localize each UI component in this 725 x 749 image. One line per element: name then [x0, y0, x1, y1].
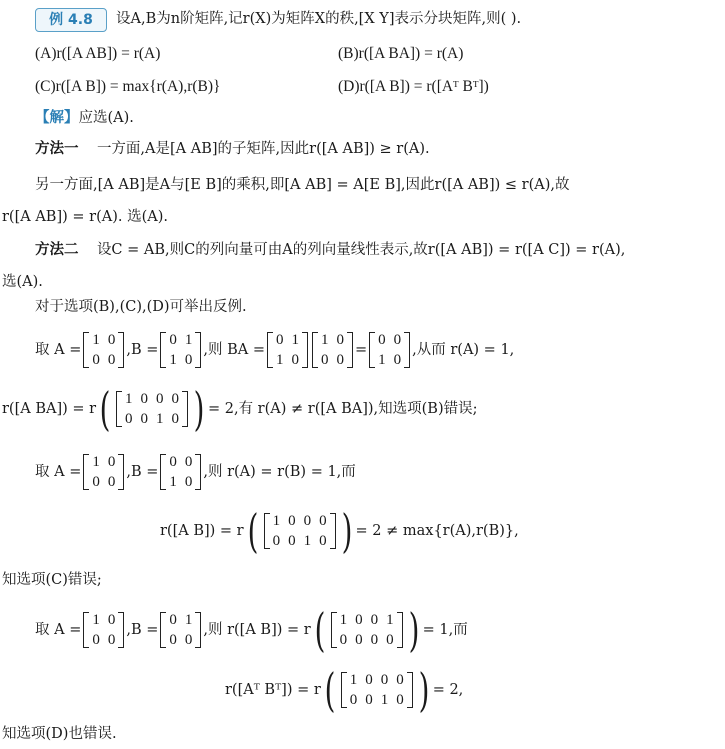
matrix-A: 1000 — [83, 610, 124, 650]
caseC-line2-prefix: r([A B]) = r — [160, 521, 244, 541]
option-a: (A)r([A AB]) = r(A) — [35, 44, 160, 64]
matrix-BA: 0010 — [369, 330, 410, 370]
matrix-A: 1000 — [83, 452, 124, 492]
caseC-mid1: ,B = — [126, 462, 158, 482]
caseD-line2: r([Aᵀ Bᵀ]) = r ( 10000010 ) = 2, — [225, 665, 463, 715]
matrix-B: 0010 — [160, 452, 201, 492]
left-paren: ( — [324, 667, 335, 713]
right-paren: ) — [341, 508, 352, 554]
matrix-M2: 1000 — [312, 330, 353, 370]
equals: = — [355, 340, 367, 360]
left-paren: ( — [247, 508, 258, 554]
method1-label: 方法一 — [35, 140, 79, 157]
caseD-conclusion: 知选项(D)也错误. — [2, 724, 117, 744]
matrix-B: 0100 — [160, 610, 201, 650]
matrix-A: 1000 — [83, 330, 124, 370]
solution-answer: 应选(A). — [79, 110, 134, 126]
caseB-prefix: 取 A = — [35, 340, 81, 360]
matrix-B: 0110 — [160, 330, 201, 370]
caseC-line1: 取 A = 1000 ,B = 0010 ,则 r(A) = r(B) = 1,… — [35, 450, 356, 494]
method1-text: 一方面,A是[A AB]的子矩阵,因此r([A AB]) ≥ r(A). — [97, 141, 430, 157]
method1-line3: r([A AB]) = r(A). 选(A). — [2, 207, 168, 227]
method1-line2: 另一方面,[A AB]是A与[E B]的乘积,即[A AB] = A[E B],… — [35, 175, 569, 195]
caseB-line2-prefix: r([A BA]) = r — [2, 399, 96, 419]
matrix-block2: 10000010 — [341, 670, 413, 710]
matrix-block1: 10010000 — [331, 610, 403, 650]
right-paren: ) — [194, 386, 205, 432]
example-badge: 例 4.8 — [35, 8, 107, 32]
caseB-suffix: ,从而 r(A) = 1, — [412, 340, 514, 360]
caseB-line2-suffix: = 2,有 r(A) ≠ r([A BA]),知选项(B)错误; — [208, 399, 478, 419]
solution-header: 【解】应选(A). — [35, 108, 134, 128]
matrix-M1: 0110 — [267, 330, 308, 370]
left-paren: ( — [100, 386, 111, 432]
right-paren: ) — [408, 607, 419, 653]
caseD-prefix: 取 A = — [35, 620, 81, 640]
caseC-line2-suffix: = 2 ≠ max{r(A),r(B)}, — [356, 521, 519, 541]
method2-line1: 方法二 设C = AB,则C的列向量可由A的列向量线性表示,故r([A AB])… — [35, 240, 625, 260]
caseD-suffix: = 1,而 — [423, 620, 468, 640]
caseD-mid1: ,B = — [126, 620, 158, 640]
option-c: (C)r([A B]) = max{r(A),r(B)} — [35, 77, 220, 97]
solution-label: 【解】 — [35, 110, 79, 126]
question-text: 设A,B为n阶矩阵,记r(X)为矩阵X的秩,[X Y]表示分块矩阵,则( ). — [116, 9, 521, 29]
caseD-line2-prefix: r([Aᵀ Bᵀ]) = r — [225, 680, 321, 700]
caseB-line2: r([A BA]) = r ( 10000010 ) = 2,有 r(A) ≠ … — [2, 384, 478, 434]
caseD-line1: 取 A = 1000 ,B = 0100 ,则 r([A B]) = r ( 1… — [35, 605, 468, 655]
method1-line1: 方法一 一方面,A是[A AB]的子矩阵,因此r([A AB]) ≥ r(A). — [35, 139, 430, 159]
matrix-block: 10000010 — [116, 389, 188, 429]
option-b: (B)r([A BA]) = r(A) — [338, 44, 463, 64]
option-d: (D)r([A B]) = r([Aᵀ Bᵀ]) — [338, 77, 489, 97]
caseC-line2: r([A B]) = r ( 10000010 ) = 2 ≠ max{r(A)… — [160, 506, 519, 556]
right-paren: ) — [418, 667, 429, 713]
caseD-line2-suffix: = 2, — [433, 680, 464, 700]
caseC-prefix: 取 A = — [35, 462, 81, 482]
caseD-mid2: ,则 r([A B]) = r — [203, 620, 310, 640]
method2-text: 设C = AB,则C的列向量可由A的列向量线性表示,故r([A AB]) = r… — [97, 242, 625, 258]
caseB-line1: 取 A = 1000 ,B = 0110 ,则 BA = 01101000 = … — [35, 328, 514, 372]
caseB-mid2: ,则 BA = — [203, 340, 265, 360]
counter-intro: 对于选项(B),(C),(D)可举出反例. — [35, 297, 247, 317]
caseC-conclusion: 知选项(C)错误; — [2, 570, 102, 590]
caseC-suffix: ,则 r(A) = r(B) = 1,而 — [203, 462, 355, 482]
caseB-mid1: ,B = — [126, 340, 158, 360]
method2-label: 方法二 — [35, 241, 79, 258]
method2-line2: 选(A). — [2, 272, 43, 292]
left-paren: ( — [314, 607, 325, 653]
matrix-block: 10000010 — [264, 511, 336, 551]
